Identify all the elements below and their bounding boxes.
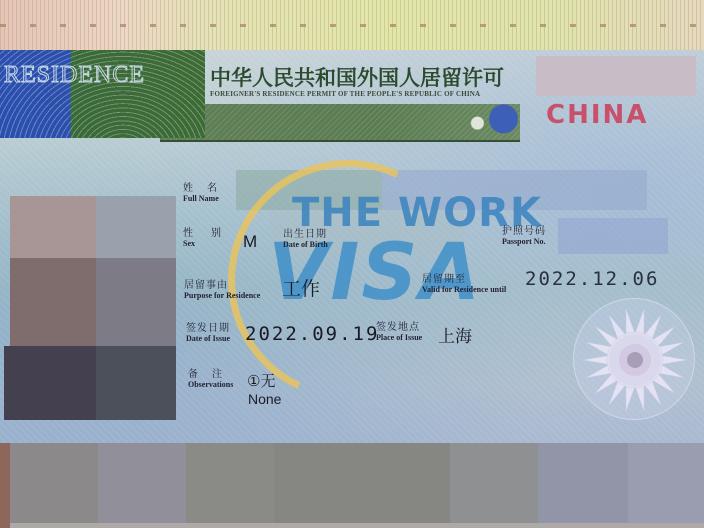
sex-value: M	[243, 232, 257, 252]
valid-until-value: 2022.12.06	[525, 268, 659, 290]
valid-until-label-en: Valid for Residence until	[422, 286, 506, 294]
passport-no-label-zh: 护照号码	[502, 227, 546, 237]
place-of-issue-value: 上海	[438, 322, 472, 347]
observations-label: 备注 Observations	[188, 370, 236, 389]
purpose-label-zh: 居留事由	[184, 281, 260, 291]
sex-label-en: Sex	[183, 240, 239, 248]
issue-date-label-en: Date of Issue	[186, 335, 230, 343]
country-label: CHINA	[546, 100, 648, 130]
issue-date-label-zh: 签发日期	[186, 324, 230, 334]
place-of-issue-label: 签发地点 Place of Issue	[376, 323, 422, 342]
observations-value-en: None	[248, 391, 281, 407]
purpose-label-en: Purpose for Residence	[184, 292, 260, 300]
issue-date-label: 签发日期 Date of Issue	[186, 324, 230, 343]
purpose-value: 工作	[282, 274, 320, 301]
full-name-label-zh: 姓名	[183, 184, 231, 194]
sex-label: 性别 Sex	[183, 229, 239, 248]
observations-label-en: Observations	[188, 381, 236, 389]
permit-title-en: FOREIGNER'S RESIDENCE PERMIT OF THE PEOP…	[210, 90, 516, 98]
full-name-label-en: Full Name	[183, 195, 231, 203]
full-name-label: 姓名 Full Name	[183, 184, 231, 203]
passport-stitching	[0, 24, 704, 27]
place-of-issue-label-zh: 签发地点	[376, 323, 422, 333]
passport-no-label-en: Passport No.	[502, 238, 546, 246]
observations-label-zh: 备注	[188, 370, 236, 380]
purpose-label: 居留事由 Purpose for Residence	[184, 281, 260, 300]
issue-date-value: 2022.09.19	[245, 323, 379, 345]
dob-label: 出生日期 Date of Birth	[283, 230, 328, 249]
permit-title-zh: 中华人民共和国外国人居留许可	[210, 62, 504, 92]
place-of-issue-label-en: Place of Issue	[376, 334, 422, 342]
ornament-icon	[460, 100, 518, 142]
observations-value-zh: ①无	[247, 370, 275, 391]
valid-until-label-zh: 居留期至	[422, 275, 506, 285]
sex-label-zh: 性别	[183, 229, 239, 239]
national-emblem-hologram-icon	[573, 298, 695, 420]
valid-until-label: 居留期至 Valid for Residence until	[422, 275, 506, 294]
redacted-bottom-strip	[0, 443, 704, 528]
banner-word: RESIDENCE	[4, 62, 145, 89]
redacted-block	[536, 56, 696, 96]
redacted-photo	[8, 196, 176, 420]
redacted-passport-no	[558, 218, 668, 254]
passport-no-label: 护照号码 Passport No.	[502, 227, 546, 246]
dob-label-zh: 出生日期	[283, 230, 328, 240]
residence-banner: RESIDENCE	[0, 50, 205, 138]
dob-label-en: Date of Birth	[283, 241, 328, 249]
passport-page-background	[0, 0, 704, 56]
